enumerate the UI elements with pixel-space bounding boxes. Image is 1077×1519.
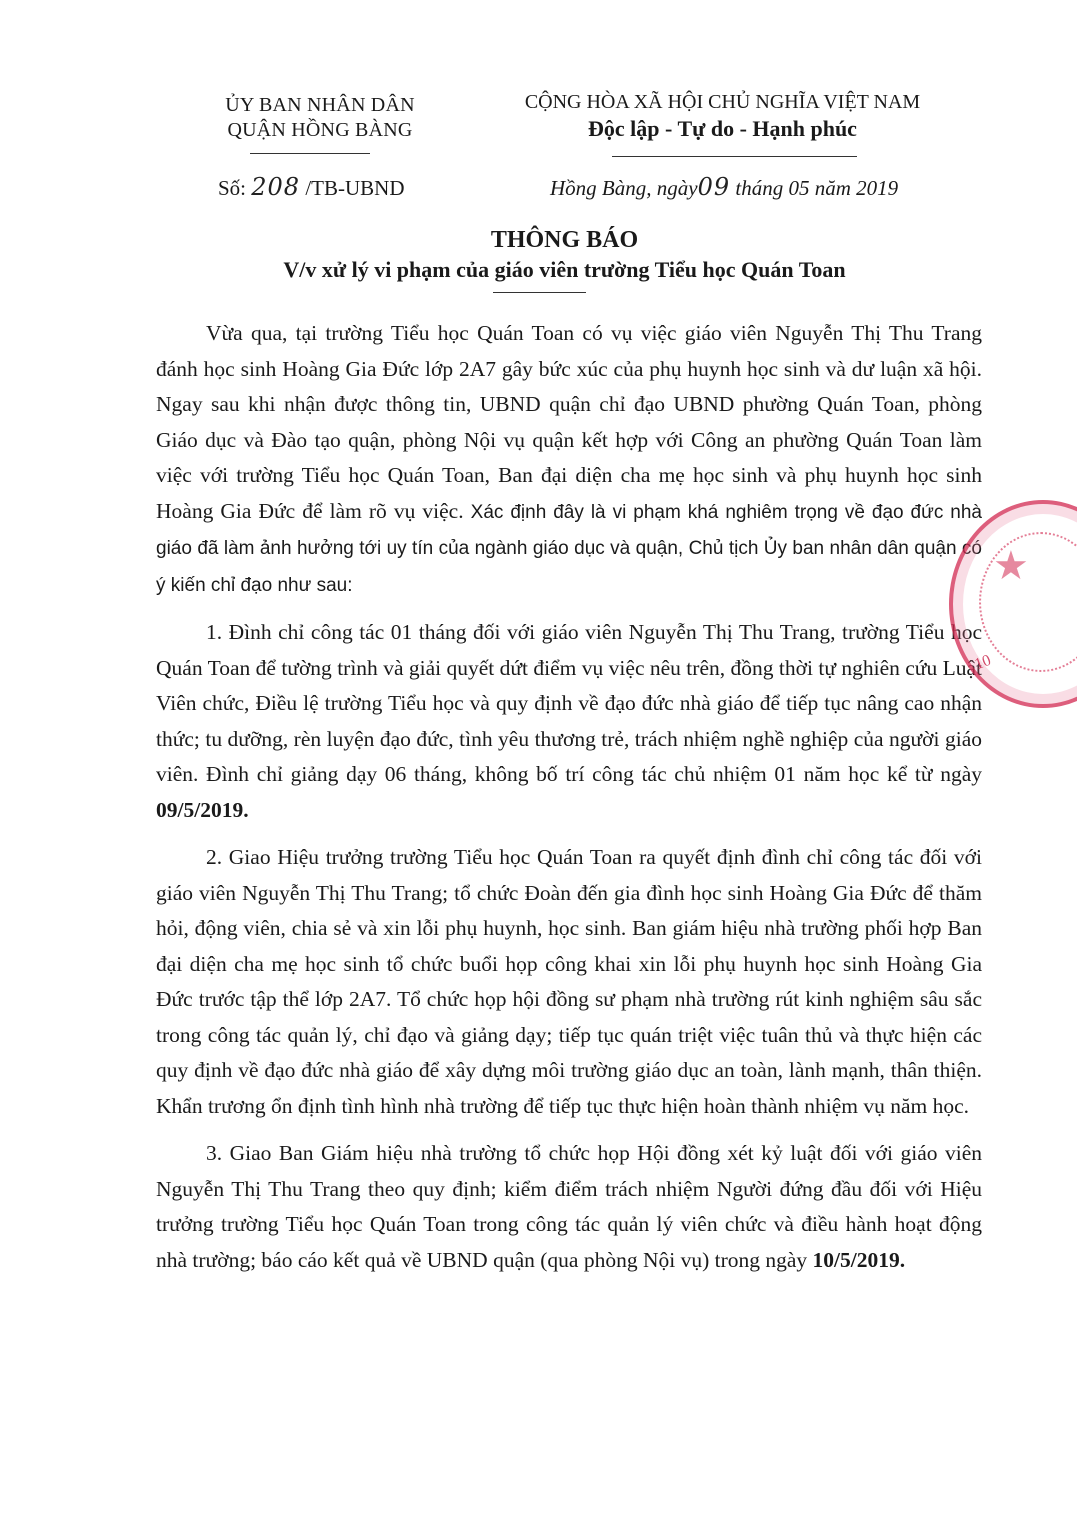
number-suffix: /TB-UBND — [300, 176, 404, 200]
notice-title: THÔNG BÁO — [0, 225, 1077, 255]
directive-item-3: 3. Giao Ban Giám hiệu nhà trường tổ chức… — [156, 1136, 982, 1278]
nation-block: CỘNG HÒA XÃ HỘI CHỦ NGHĨA VIỆT NAM Độc l… — [500, 90, 945, 143]
issuer-line-1: ỦY BAN NHÂN DÂN — [190, 93, 450, 118]
place-date-suffix: tháng 05 năm 2019 — [730, 176, 898, 200]
item-1-text: 1. Đình chỉ công tác 01 tháng đối với gi… — [156, 620, 982, 786]
place-date: Hồng Bàng, ngày09 tháng 05 năm 2019 — [550, 173, 898, 202]
seal-text: 10 — [972, 652, 993, 674]
number-prefix: Số: — [218, 176, 251, 200]
nation-motto: Độc lập - Tự do - Hạnh phúc — [500, 115, 945, 143]
seal-star-icon: ★ — [993, 542, 1029, 589]
motto-underline — [612, 156, 857, 157]
place-date-prefix: Hồng Bàng, ngày — [550, 176, 698, 200]
notice-title-block: THÔNG BÁO V/v xử lý vi phạm của giáo viê… — [0, 225, 1077, 285]
item-2-text: 2. Giao Hiệu trưởng trường Tiểu học Quán… — [156, 845, 982, 1118]
nation-line-1: CỘNG HÒA XÃ HỘI CHỦ NGHĨA VIỆT NAM — [500, 90, 945, 115]
number-handwritten: 208 — [251, 173, 300, 201]
intro-part-1: Vừa qua, tại trường Tiểu học Quán Toan c… — [156, 321, 982, 523]
issuer-block: ỦY BAN NHÂN DÂN QUẬN HỒNG BÀNG — [190, 93, 450, 143]
notice-body: Vừa qua, tại trường Tiểu học Quán Toan c… — [156, 316, 982, 1290]
item-1-date: 09/5/2019. — [156, 798, 249, 822]
title-underline — [493, 292, 586, 293]
document-number: Số: 208 /TB-UBND — [218, 173, 405, 202]
intro-paragraph: Vừa qua, tại trường Tiểu học Quán Toan c… — [156, 316, 982, 603]
day-handwritten: 09 — [698, 173, 731, 201]
issuer-underline — [250, 153, 370, 154]
item-3-date: 10/5/2019. — [813, 1248, 906, 1272]
issuer-line-2: QUẬN HỒNG BÀNG — [190, 118, 450, 143]
directive-item-1: 1. Đình chỉ công tác 01 tháng đối với gi… — [156, 615, 982, 828]
directive-item-2: 2. Giao Hiệu trưởng trường Tiểu học Quán… — [156, 840, 982, 1124]
notice-subject: V/v xử lý vi phạm của giáo viên trường T… — [0, 255, 1077, 285]
